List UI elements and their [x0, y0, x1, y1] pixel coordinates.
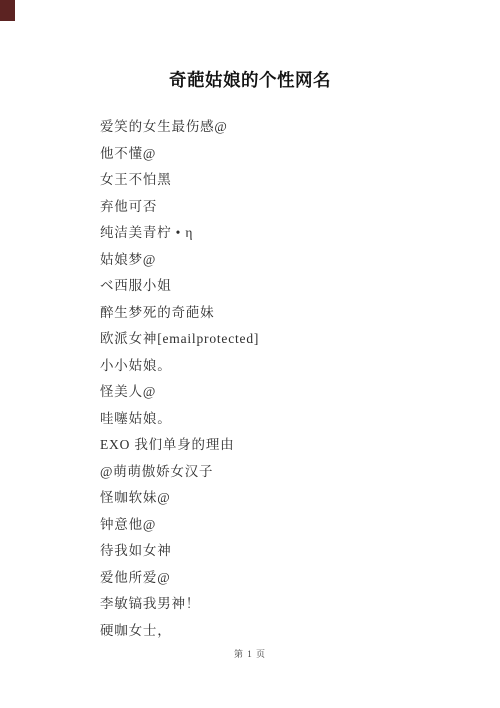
nickname-item: EXO 我们单身的理由 — [100, 432, 460, 459]
nickname-item: 爱笑的女生最伤感@ — [100, 114, 460, 141]
nickname-item: 硬咖女士， — [100, 618, 460, 645]
nickname-item: 女王不怕黑 — [100, 167, 460, 194]
nickname-item: 钟意他@ — [100, 512, 460, 539]
page-title: 奇葩姑娘的个性网名 — [0, 67, 500, 92]
nickname-item: 欧派女神[emailprotected] — [100, 326, 460, 353]
nickname-list: 爱笑的女生最伤感@他不懂@女王不怕黑弃他可否纯洁美青柠 • η姑娘梦@ベ西服小姐… — [100, 114, 460, 644]
nickname-item: 醉生梦死的奇葩妹 — [100, 300, 460, 327]
nickname-item: 怪咖软妹@ — [100, 485, 460, 512]
nickname-item: 李敏镐我男神！ — [100, 591, 460, 618]
nickname-item: 怪美人@ — [100, 379, 460, 406]
nickname-item: 他不懂@ — [100, 141, 460, 168]
document-page: 奇葩姑娘的个性网名 爱笑的女生最伤感@他不懂@女王不怕黑弃他可否纯洁美青柠 • … — [0, 0, 500, 708]
nickname-item: 弃他可否 — [100, 194, 460, 221]
nickname-item: 哇噻姑娘。 — [100, 406, 460, 433]
nickname-item: 姑娘梦@ — [100, 247, 460, 274]
page-number: 第 1 页 — [0, 647, 500, 660]
nickname-item: 小小姑娘。 — [100, 353, 460, 380]
nickname-item: @萌萌傲娇女汉子 — [100, 459, 460, 486]
nickname-item: 爱他所爱@ — [100, 565, 460, 592]
nickname-item: 纯洁美青柠 • η — [100, 220, 460, 247]
nickname-item: 待我如女神 — [100, 538, 460, 565]
corner-square-mark — [0, 0, 15, 21]
nickname-item: ベ西服小姐 — [100, 273, 460, 300]
